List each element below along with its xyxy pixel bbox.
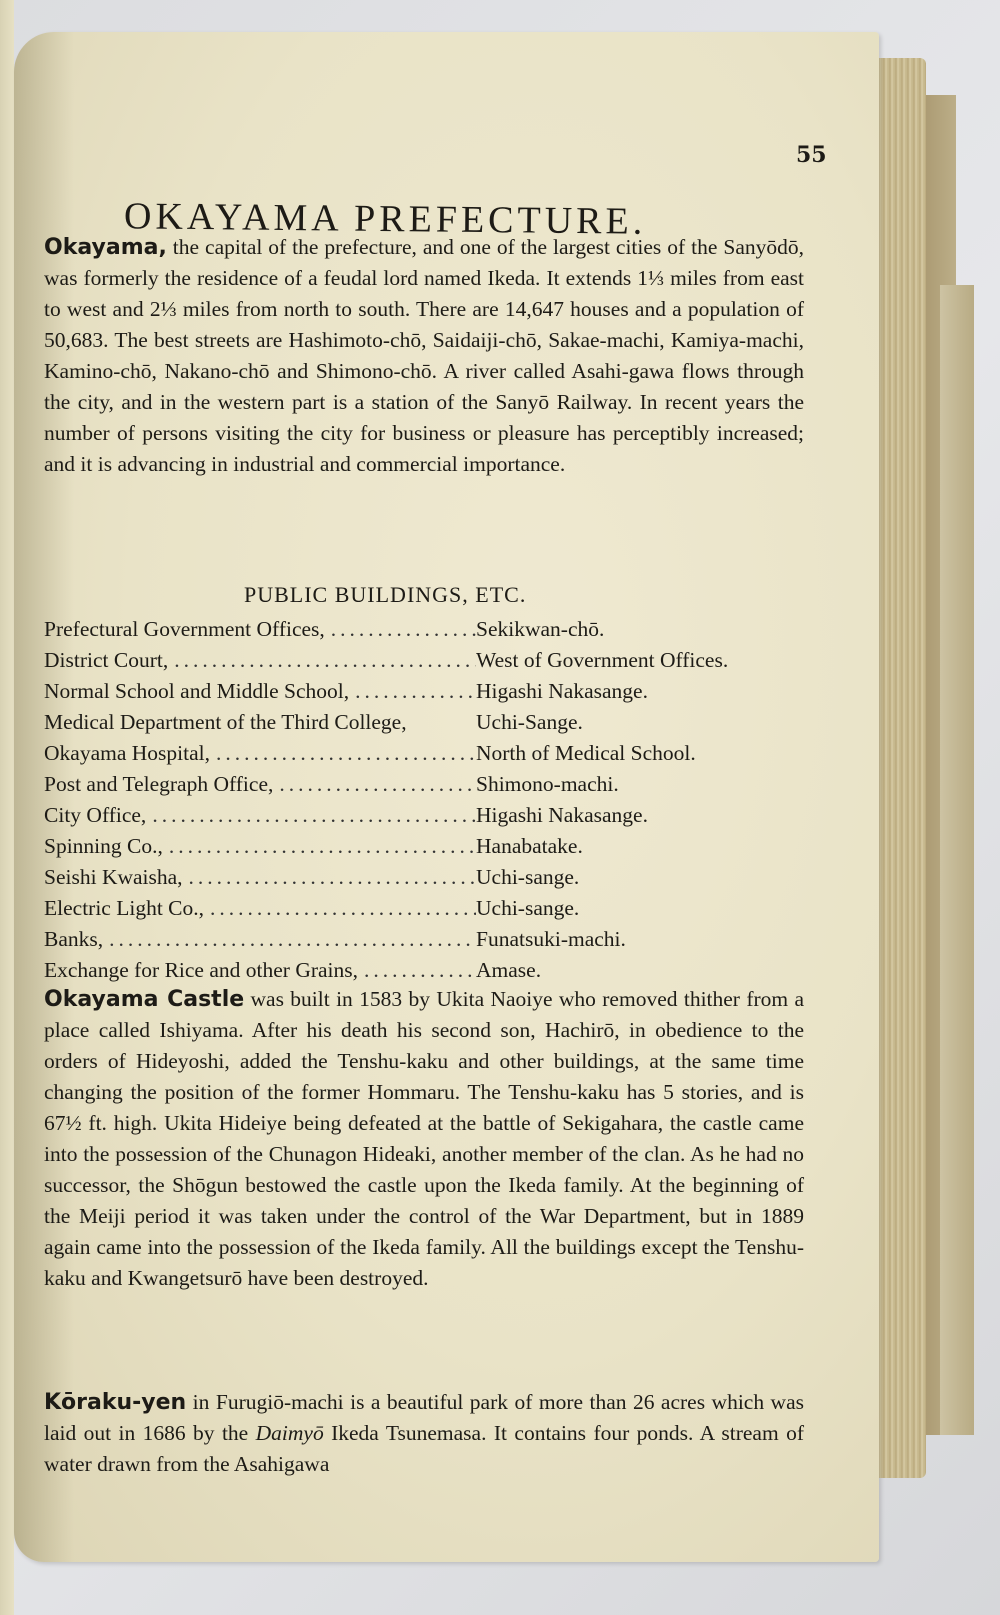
- building-location: Higashi Nakasange.: [476, 800, 804, 831]
- building-name: Post and Telegraph Office,: [44, 769, 273, 800]
- dot-leader: ........................................…: [103, 924, 476, 955]
- dot-leader: ........................................…: [210, 738, 476, 769]
- building-location: Funatsuki-machi.: [476, 924, 804, 955]
- page-number: 55: [796, 142, 827, 168]
- building-name: Medical Department of the Third College,: [44, 707, 407, 738]
- intro-paragraph: Okayama, the capital of the prefecture, …: [44, 232, 804, 480]
- building-location: Uchi-sange.: [476, 862, 804, 893]
- building-location: Amase.: [476, 955, 804, 986]
- building-name: Banks,: [44, 924, 103, 955]
- intro-lead: Okayama,: [44, 235, 167, 260]
- dot-leader: ........................................…: [204, 893, 476, 924]
- building-row: Prefectural Government Offices,.........…: [44, 614, 804, 645]
- dot-leader: ........................................…: [183, 862, 476, 893]
- building-row: Spinning Co.,...........................…: [44, 831, 804, 862]
- building-row: Exchange for Rice and other Grains,.....…: [44, 955, 804, 986]
- korakuen-italic-term: Daimyō: [256, 1421, 324, 1445]
- dot-leader: ........................................…: [358, 955, 476, 986]
- building-name: Prefectural Government Offices,: [44, 614, 325, 645]
- building-row: Post and Telegraph Office,..............…: [44, 769, 804, 800]
- castle-paragraph: Okayama Castle was built in 1583 by Ukit…: [44, 984, 804, 1294]
- building-row: Okayama Hospital,.......................…: [44, 738, 804, 769]
- building-row: District Court,.........................…: [44, 645, 804, 676]
- building-name: Seishi Kwaisha,: [44, 862, 183, 893]
- intro-text: the capital of the prefecture, and one o…: [44, 235, 804, 476]
- building-location: Uchi-sange.: [476, 893, 804, 924]
- adjacent-page-edge: [0, 0, 14, 1615]
- building-row: Banks,..................................…: [44, 924, 804, 955]
- building-location: Uchi-Sange.: [476, 707, 804, 738]
- building-location: Sekikwan-chō.: [476, 614, 804, 645]
- building-name: Okayama Hospital,: [44, 738, 210, 769]
- building-row: Seishi Kwaisha,.........................…: [44, 862, 804, 893]
- building-location: Higashi Nakasange.: [476, 676, 804, 707]
- korakuen-lead: Kōraku-yen: [44, 1390, 186, 1415]
- castle-lead: Okayama Castle: [44, 987, 244, 1012]
- building-name: Electric Light Co.,: [44, 893, 204, 924]
- castle-text: was built in 1583 by Ukita Naoiye who re…: [44, 987, 804, 1290]
- building-name: Normal School and Middle School,: [44, 676, 349, 707]
- building-location: Hanabatake.: [476, 831, 804, 862]
- building-location: West of Government Offices.: [476, 645, 804, 676]
- section-heading-public-buildings: PUBLIC BUILDINGS, ETC.: [244, 582, 526, 608]
- dot-leader: ........................................…: [163, 831, 476, 862]
- building-row: Normal School and Middle School,........…: [44, 676, 804, 707]
- building-name: City Office,: [44, 800, 146, 831]
- building-location: Shimono-machi.: [476, 769, 804, 800]
- building-row: Medical Department of the Third College,…: [44, 707, 804, 738]
- public-buildings-list: Prefectural Government Offices,.........…: [44, 614, 804, 986]
- building-name: Spinning Co.,: [44, 831, 163, 862]
- dot-leader: ........................................…: [168, 645, 476, 676]
- building-name: District Court,: [44, 645, 168, 676]
- building-row: City Office,............................…: [44, 800, 804, 831]
- dot-leader: ........................................…: [273, 769, 476, 800]
- korakuen-paragraph: Kōraku-yen in Furugiō-machi is a beautif…: [44, 1387, 804, 1480]
- building-name: Exchange for Rice and other Grains,: [44, 955, 358, 986]
- dot-leader: ........................................…: [325, 614, 476, 645]
- book-cover-edge-lower: [940, 285, 974, 1435]
- building-location: North of Medical School.: [476, 738, 804, 769]
- dot-leader: ........................................…: [349, 676, 476, 707]
- building-row: Electric Light Co.,.....................…: [44, 893, 804, 924]
- book-page: 55 OKAYAMA PREFECTURE. Okayama, the capi…: [14, 32, 879, 1562]
- dot-leader: ........................................…: [146, 800, 476, 831]
